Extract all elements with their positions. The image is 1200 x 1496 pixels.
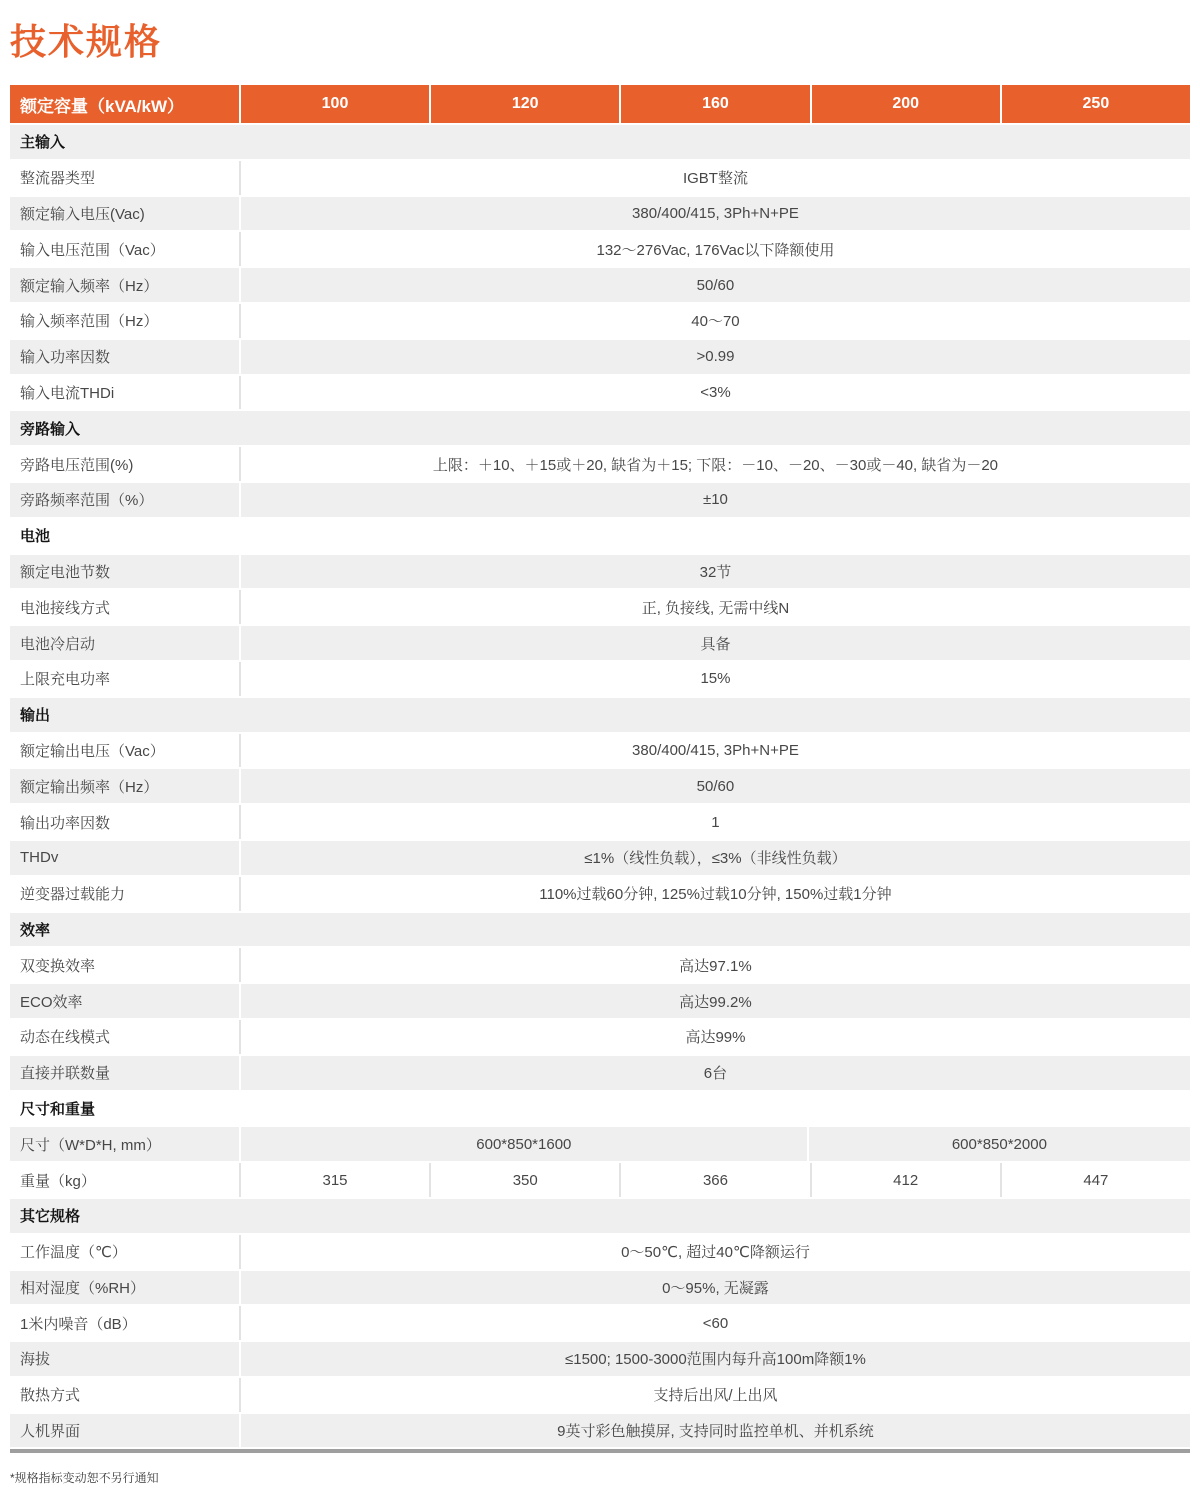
spec-value: 6台 bbox=[239, 1056, 1190, 1090]
spec-value-cell: 447 bbox=[1000, 1163, 1190, 1197]
spec-row: 1米内噪音（dB）<60 bbox=[10, 1306, 1190, 1342]
spec-value: 0～50℃, 超过40℃降额运行 bbox=[239, 1235, 1190, 1269]
spec-label: 整流器类型 bbox=[10, 161, 239, 195]
spec-value: 15% bbox=[239, 662, 1190, 696]
spec-row: 上限充电功率15% bbox=[10, 662, 1190, 698]
spec-value: 110%过载60分钟, 125%过载10分钟, 150%过载1分钟 bbox=[239, 877, 1190, 911]
spec-value: 40～70 bbox=[239, 304, 1190, 338]
spec-value-cell: 412 bbox=[810, 1163, 1000, 1197]
section-title: 效率 bbox=[10, 913, 1190, 947]
header-col-250: 250 bbox=[1000, 85, 1190, 123]
spec-value: <3% bbox=[239, 376, 1190, 410]
spec-row: 额定输入电压(Vac)380/400/415, 3Ph+N+PE bbox=[10, 197, 1190, 233]
spec-label: 重量（kg） bbox=[10, 1163, 239, 1197]
footnote: *规格指标变动恕不另行通知 bbox=[10, 1469, 1190, 1486]
spec-row: 额定输出电压（Vac）380/400/415, 3Ph+N+PE bbox=[10, 734, 1190, 770]
section-header-row: 电池 bbox=[10, 519, 1190, 555]
section-title: 输出 bbox=[10, 698, 1190, 732]
spec-row: 动态在线模式高达99% bbox=[10, 1020, 1190, 1056]
spec-label: 输入电流THDi bbox=[10, 376, 239, 410]
spec-value: >0.99 bbox=[239, 340, 1190, 374]
spec-row: 海拔≤1500; 1500-3000范围内每升高100m降额1% bbox=[10, 1342, 1190, 1378]
spec-value: 132～276Vac, 176Vac以下降额使用 bbox=[239, 232, 1190, 266]
spec-row: 额定电池节数32节 bbox=[10, 555, 1190, 591]
spec-label: 尺寸（W*D*H, mm） bbox=[10, 1127, 239, 1161]
spec-value: 50/60 bbox=[239, 769, 1190, 803]
spec-row: 输入电流THDi<3% bbox=[10, 376, 1190, 412]
section-title: 其它规格 bbox=[10, 1199, 1190, 1233]
spec-label: 海拔 bbox=[10, 1342, 239, 1376]
spec-row: 相对湿度（%RH）0～95%, 无凝露 bbox=[10, 1271, 1190, 1307]
spec-value: 32节 bbox=[239, 555, 1190, 589]
header-col-120: 120 bbox=[429, 85, 619, 123]
section-header-row: 其它规格 bbox=[10, 1199, 1190, 1235]
spec-value: <60 bbox=[239, 1306, 1190, 1340]
spec-label: 额定输出频率（Hz） bbox=[10, 769, 239, 803]
section-title: 旁路输入 bbox=[10, 411, 1190, 445]
spec-row: 整流器类型IGBT整流 bbox=[10, 161, 1190, 197]
spec-label: 相对湿度（%RH） bbox=[10, 1271, 239, 1305]
spec-value: 支持后出风/上出风 bbox=[239, 1378, 1190, 1412]
spec-row: 额定输入频率（Hz）50/60 bbox=[10, 268, 1190, 304]
spec-label: 逆变器过载能力 bbox=[10, 877, 239, 911]
spec-value-cell: 350 bbox=[429, 1163, 619, 1197]
spec-label: 额定输入电压(Vac) bbox=[10, 197, 239, 231]
spec-value: 50/60 bbox=[239, 268, 1190, 302]
spec-value: ≤1500; 1500-3000范围内每升高100m降额1% bbox=[239, 1342, 1190, 1376]
spec-sheet-page: 技术规格 额定容量（kVA/kW） 100120160200250 主输入整流器… bbox=[0, 0, 1200, 1486]
spec-row: 工作温度（℃）0～50℃, 超过40℃降额运行 bbox=[10, 1235, 1190, 1271]
spec-row: ECO效率高达99.2% bbox=[10, 984, 1190, 1020]
spec-row: 直接并联数量6台 bbox=[10, 1056, 1190, 1092]
header-capacity-label: 额定容量（kVA/kW） bbox=[10, 85, 239, 123]
spec-row: 输出功率因数1 bbox=[10, 805, 1190, 841]
spec-value: 高达99% bbox=[239, 1020, 1190, 1054]
spec-row: 重量（kg）315350366412447 bbox=[10, 1163, 1190, 1199]
spec-value: 具备 bbox=[239, 626, 1190, 660]
spec-table: 额定容量（kVA/kW） 100120160200250 主输入整流器类型IGB… bbox=[10, 85, 1190, 1453]
spec-value-span: 600*850*2000 bbox=[807, 1127, 1190, 1161]
spec-row: 尺寸（W*D*H, mm）600*850*1600600*850*2000 bbox=[10, 1127, 1190, 1163]
spec-row: 额定输出频率（Hz）50/60 bbox=[10, 769, 1190, 805]
spec-value: 高达99.2% bbox=[239, 984, 1190, 1018]
spec-row: 双变换效率高达97.1% bbox=[10, 948, 1190, 984]
spec-row: 电池接线方式正, 负接线, 无需中线N bbox=[10, 590, 1190, 626]
spec-label: 散热方式 bbox=[10, 1378, 239, 1412]
spec-value: 380/400/415, 3Ph+N+PE bbox=[239, 734, 1190, 768]
spec-value: 9英寸彩色触摸屏, 支持同时监控单机、并机系统 bbox=[239, 1414, 1190, 1448]
spec-row: 输入功率因数>0.99 bbox=[10, 340, 1190, 376]
section-header-row: 尺寸和重量 bbox=[10, 1092, 1190, 1128]
spec-label: 人机界面 bbox=[10, 1414, 239, 1448]
spec-value: IGBT整流 bbox=[239, 161, 1190, 195]
spec-row: 旁路频率范围（%）±10 bbox=[10, 483, 1190, 519]
spec-row: 旁路电压范围(%)上限：＋10、＋15或＋20, 缺省为＋15; 下限：－10、… bbox=[10, 447, 1190, 483]
page-title: 技术规格 bbox=[10, 14, 1190, 65]
spec-label: 旁路频率范围（%） bbox=[10, 483, 239, 517]
spec-value: 正, 负接线, 无需中线N bbox=[239, 590, 1190, 624]
section-header-row: 主输入 bbox=[10, 125, 1190, 161]
spec-label: 工作温度（℃） bbox=[10, 1235, 239, 1269]
spec-row: 逆变器过载能力110%过载60分钟, 125%过载10分钟, 150%过载1分钟 bbox=[10, 877, 1190, 913]
header-col-100: 100 bbox=[239, 85, 429, 123]
spec-value: 上限：＋10、＋15或＋20, 缺省为＋15; 下限：－10、－20、－30或－… bbox=[239, 447, 1190, 481]
spec-label: 输入频率范围（Hz） bbox=[10, 304, 239, 338]
spec-row: 电池冷启动具备 bbox=[10, 626, 1190, 662]
header-col-160: 160 bbox=[619, 85, 809, 123]
spec-value: 0～95%, 无凝露 bbox=[239, 1271, 1190, 1305]
spec-row: 输入频率范围（Hz）40～70 bbox=[10, 304, 1190, 340]
spec-label: 电池冷启动 bbox=[10, 626, 239, 660]
spec-label: 额定输出电压（Vac） bbox=[10, 734, 239, 768]
spec-label: THDv bbox=[10, 841, 239, 875]
spec-label: 旁路电压范围(%) bbox=[10, 447, 239, 481]
spec-label: 动态在线模式 bbox=[10, 1020, 239, 1054]
spec-row: 散热方式支持后出风/上出风 bbox=[10, 1378, 1190, 1414]
spec-value-cell: 315 bbox=[239, 1163, 429, 1197]
spec-label: ECO效率 bbox=[10, 984, 239, 1018]
spec-row: 输入电压范围（Vac）132～276Vac, 176Vac以下降额使用 bbox=[10, 232, 1190, 268]
spec-label: 1米内噪音（dB） bbox=[10, 1306, 239, 1340]
spec-value: 380/400/415, 3Ph+N+PE bbox=[239, 197, 1190, 231]
spec-label: 直接并联数量 bbox=[10, 1056, 239, 1090]
spec-row: THDv≤1%（线性负载），≤3%（非线性负载） bbox=[10, 841, 1190, 877]
spec-label: 输入功率因数 bbox=[10, 340, 239, 374]
spec-label: 额定输入频率（Hz） bbox=[10, 268, 239, 302]
header-col-200: 200 bbox=[810, 85, 1000, 123]
spec-value: ≤1%（线性负载），≤3%（非线性负载） bbox=[239, 841, 1190, 875]
section-header-row: 输出 bbox=[10, 698, 1190, 734]
spec-value: 高达97.1% bbox=[239, 948, 1190, 982]
spec-label: 双变换效率 bbox=[10, 948, 239, 982]
spec-value-cell: 366 bbox=[619, 1163, 809, 1197]
spec-row: 人机界面9英寸彩色触摸屏, 支持同时监控单机、并机系统 bbox=[10, 1414, 1190, 1450]
section-header-row: 效率 bbox=[10, 913, 1190, 949]
spec-label: 输入电压范围（Vac） bbox=[10, 232, 239, 266]
section-title: 电池 bbox=[10, 519, 1190, 553]
spec-value-span: 600*850*1600 bbox=[239, 1127, 807, 1161]
spec-value: ±10 bbox=[239, 483, 1190, 517]
table-body: 主输入整流器类型IGBT整流额定输入电压(Vac)380/400/415, 3P… bbox=[10, 125, 1190, 1449]
table-header-row: 额定容量（kVA/kW） 100120160200250 bbox=[10, 85, 1190, 123]
spec-label: 额定电池节数 bbox=[10, 555, 239, 589]
section-title: 主输入 bbox=[10, 125, 1190, 159]
section-header-row: 旁路输入 bbox=[10, 411, 1190, 447]
spec-label: 电池接线方式 bbox=[10, 590, 239, 624]
spec-label: 上限充电功率 bbox=[10, 662, 239, 696]
spec-label: 输出功率因数 bbox=[10, 805, 239, 839]
spec-value: 1 bbox=[239, 805, 1190, 839]
section-title: 尺寸和重量 bbox=[10, 1092, 1190, 1126]
